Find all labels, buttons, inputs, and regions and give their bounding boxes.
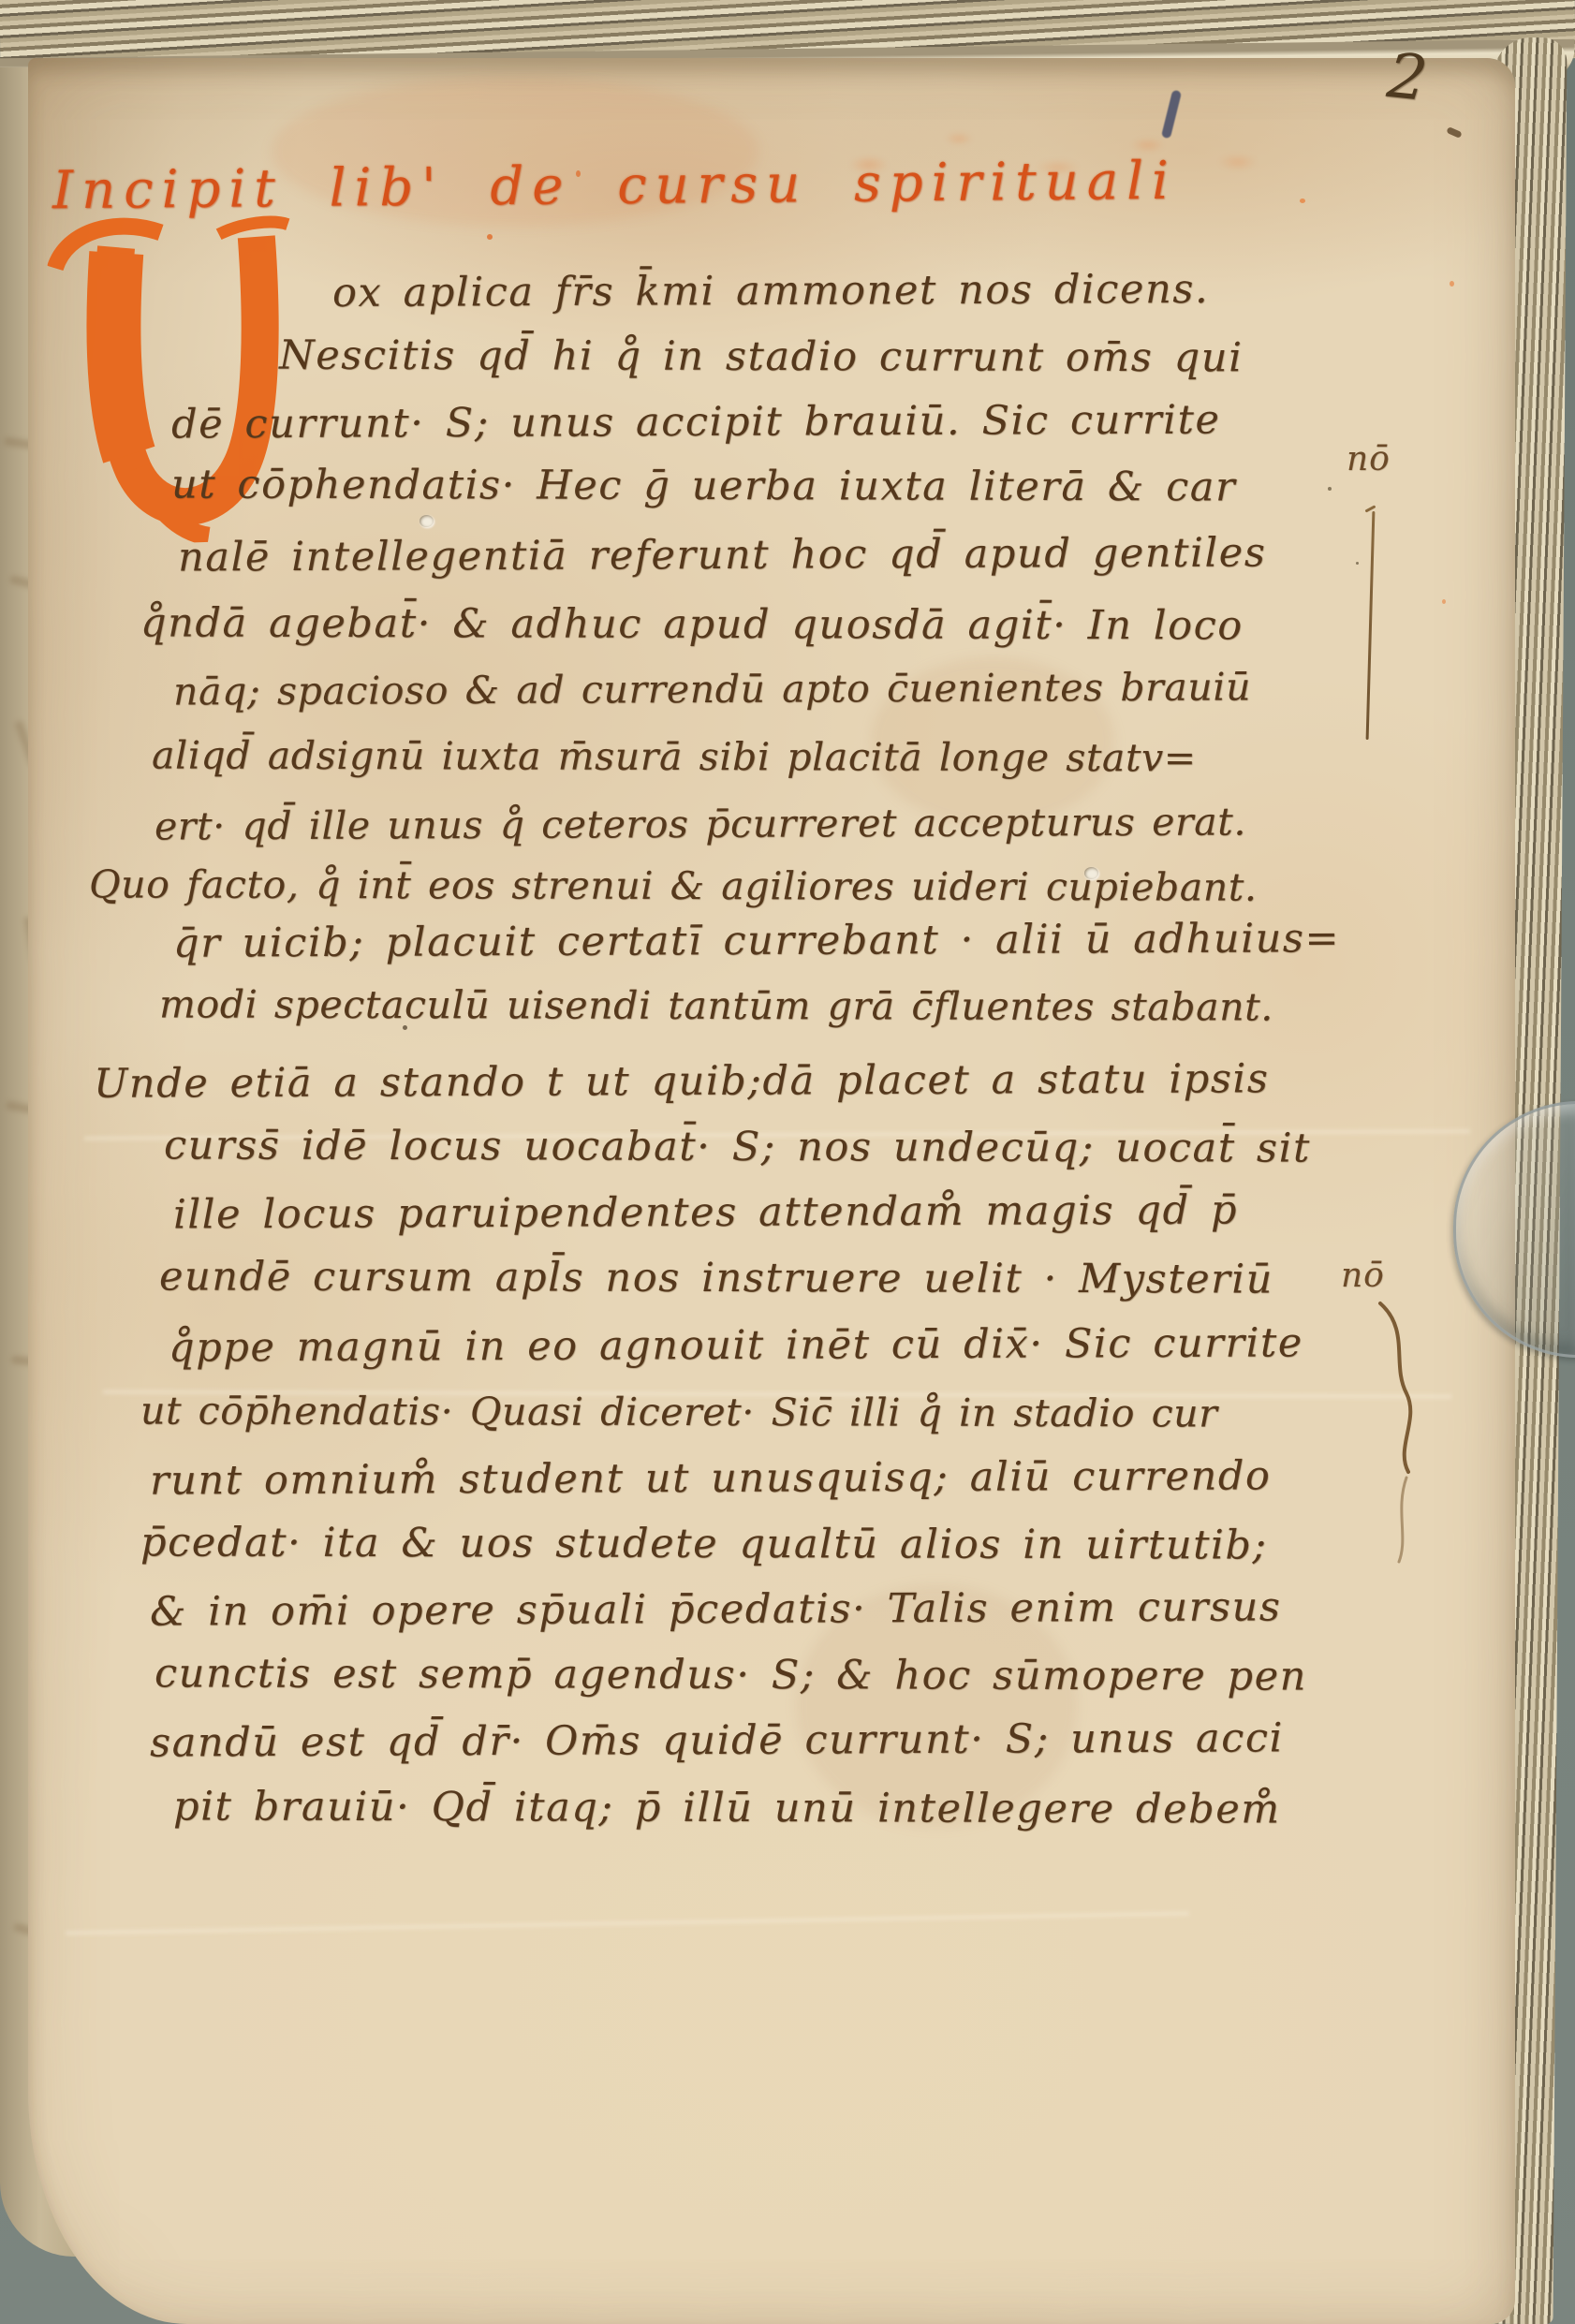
- manuscript-line: nāq; spacioso & ad currendū apto c̄uenie…: [173, 664, 1251, 713]
- rubric-offset-stain: [824, 86, 1273, 217]
- parchment-hole: [420, 515, 434, 527]
- manuscript-line: curss̄ idē locus uocabat̄· S; nos undecū…: [164, 1122, 1311, 1171]
- manuscript-line: nalē intellegentiā referunt hoc qd̄ apud…: [178, 529, 1267, 581]
- manuscript-line: eundē cursum apl̄s nos instruere uelit ·…: [159, 1253, 1273, 1302]
- ink-speck: [403, 1025, 407, 1030]
- manuscript-line: Unde etiā a stando t ut quib;dā placet a…: [94, 1055, 1270, 1107]
- ink-speck: [1356, 562, 1359, 565]
- manuscript-photo: 2 Incipit lib' de cursu spirituali U ox …: [0, 0, 1575, 2324]
- manuscript-line: ox aplica fr̄s k̄mi ammonet nos dicens.: [332, 266, 1209, 316]
- manuscript-line: sandū est qd̄ dr̄· Om̄s quidē currunt· S…: [150, 1714, 1284, 1766]
- manuscript-line: Quo facto, q̊ int̄ eos strenui & agilior…: [89, 861, 1258, 909]
- ink-speck: [576, 170, 581, 177]
- ink-speck: [1450, 281, 1454, 287]
- manuscript-line: dē currunt· S; unus accipit brauiū. Sic …: [171, 397, 1221, 449]
- ink-speck: [1442, 599, 1446, 604]
- ink-speck: [487, 234, 493, 240]
- manuscript-line: q̊ppe magnū in eo agnouit inēt cū dix̄· …: [169, 1319, 1303, 1371]
- parchment-hole: [1084, 867, 1098, 879]
- manuscript-line: & in om̄i opere sp̄uali p̄cedatis· Talis…: [150, 1583, 1282, 1635]
- margin-note: nō: [1347, 440, 1391, 478]
- ink-speck: [1300, 199, 1305, 203]
- manuscript-line: ut cōp̄hendatis· Quasi diceret· Sic̄ ill…: [140, 1388, 1218, 1435]
- manuscript-line: pit brauiū· Qd̄ itaq; p̄ illū unū intell…: [173, 1783, 1281, 1832]
- manuscript-line: q̊ndā agebat̄· & adhuc apud quosdā agit̄…: [140, 599, 1244, 649]
- manuscript-line: modi spectaculū uisendi tantūm grā c̄flu…: [159, 981, 1273, 1029]
- ink-speck: [1328, 487, 1332, 491]
- manuscript-line: cunctis est semp̄ agendus· S; & hoc sūmo…: [155, 1650, 1307, 1699]
- parchment-crease: [66, 1912, 1189, 1935]
- manuscript-line: q̄r uicib; placuit certatī currebant · a…: [173, 915, 1340, 966]
- folio-number: 2: [1384, 39, 1431, 115]
- margin-note: nō: [1341, 1257, 1385, 1295]
- manuscript-line: aliqd̄ adsignū iuxta m̄surā sibi placitā…: [152, 733, 1197, 781]
- manuscript-line: ille locus paruipendentes attendam̊ magi…: [173, 1187, 1238, 1239]
- manuscript-line: p̄cedat· ita & uos studete qualtū alios …: [140, 1519, 1268, 1568]
- manuscript-line: runt omnium̊ student ut unusquisq; aliū …: [150, 1452, 1272, 1504]
- manuscript-line: ert· qd̄ ille unus q̊ ceteros p̄curreret…: [155, 799, 1246, 848]
- margin-bracket-brace: [1365, 1298, 1431, 1569]
- manuscript-line: Nescitis qd̄ hi q̊ in stadio currunt om̄…: [279, 332, 1244, 382]
- manuscript-line: ut cōphendatis· Hec ḡ uerba iuxta literā…: [171, 462, 1236, 511]
